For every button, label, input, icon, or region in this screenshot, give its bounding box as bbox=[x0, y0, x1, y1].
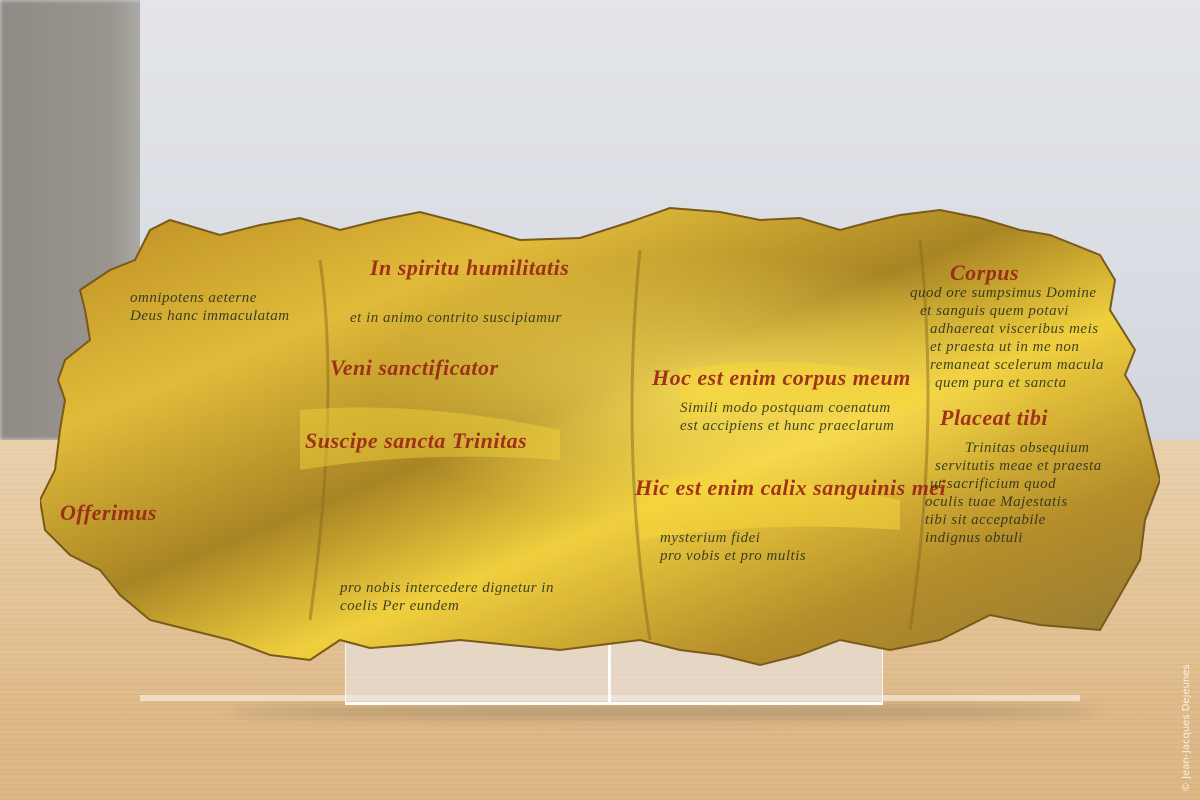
manuscript-line: oculis tuae Majestatis bbox=[925, 494, 1068, 511]
red-heading: Placeat tibi bbox=[940, 405, 1048, 431]
manuscript-line: est accipiens et hunc praeclarum bbox=[680, 418, 894, 435]
red-heading: Corpus bbox=[950, 260, 1019, 286]
manuscript-line: indignus obtuli bbox=[925, 530, 1023, 547]
manuscript-line: omnipotens aeterne bbox=[130, 290, 257, 307]
red-heading: Hoc est enim corpus meum bbox=[652, 365, 911, 391]
red-heading: Hic est enim calix sanguinis mei bbox=[635, 475, 946, 501]
manuscript-line: quem pura et sancta bbox=[935, 375, 1067, 392]
stand-shadow bbox=[230, 705, 1100, 719]
manuscript-line: Deus hanc immaculatam bbox=[130, 308, 290, 325]
red-heading: Veni sanctificator bbox=[330, 355, 499, 381]
gilded-manuscript-fragment: In spiritu humilitatis Veni sanctificato… bbox=[40, 200, 1160, 670]
manuscript-line: quod ore sumpsimus Domine bbox=[910, 285, 1097, 302]
manuscript-line: servitutis meae et praesta bbox=[935, 458, 1102, 475]
manuscript-line: ut sacrificium quod bbox=[930, 476, 1056, 493]
manuscript-line: et in animo contrito suscipiamur bbox=[350, 310, 562, 327]
manuscript-line: et sanguis quem potavi bbox=[920, 303, 1069, 320]
manuscript-line: Simili modo postquam coenatum bbox=[680, 400, 891, 417]
red-heading: Suscipe sancta Trinitas bbox=[305, 428, 527, 454]
red-heading: Offerimus bbox=[60, 500, 157, 526]
manuscript-line: adhaereat visceribus meis bbox=[930, 321, 1099, 338]
manuscript-line: et praesta ut in me non bbox=[930, 339, 1079, 356]
manuscript-line: remaneat scelerum macula bbox=[930, 357, 1104, 374]
manuscript-line: Trinitas obsequium bbox=[965, 440, 1089, 457]
manuscript-line: pro nobis intercedere dignetur in bbox=[340, 580, 554, 597]
manuscript-line: coelis Per eundem bbox=[340, 598, 459, 615]
photo-credit-watermark: © Jean-Jacques Dejeunes bbox=[1181, 664, 1192, 792]
red-heading: In spiritu humilitatis bbox=[370, 255, 569, 281]
manuscript-line: mysterium fidei bbox=[660, 530, 760, 547]
manuscript-line: tibi sit acceptabile bbox=[925, 512, 1046, 529]
manuscript-line: pro vobis et pro multis bbox=[660, 548, 806, 565]
